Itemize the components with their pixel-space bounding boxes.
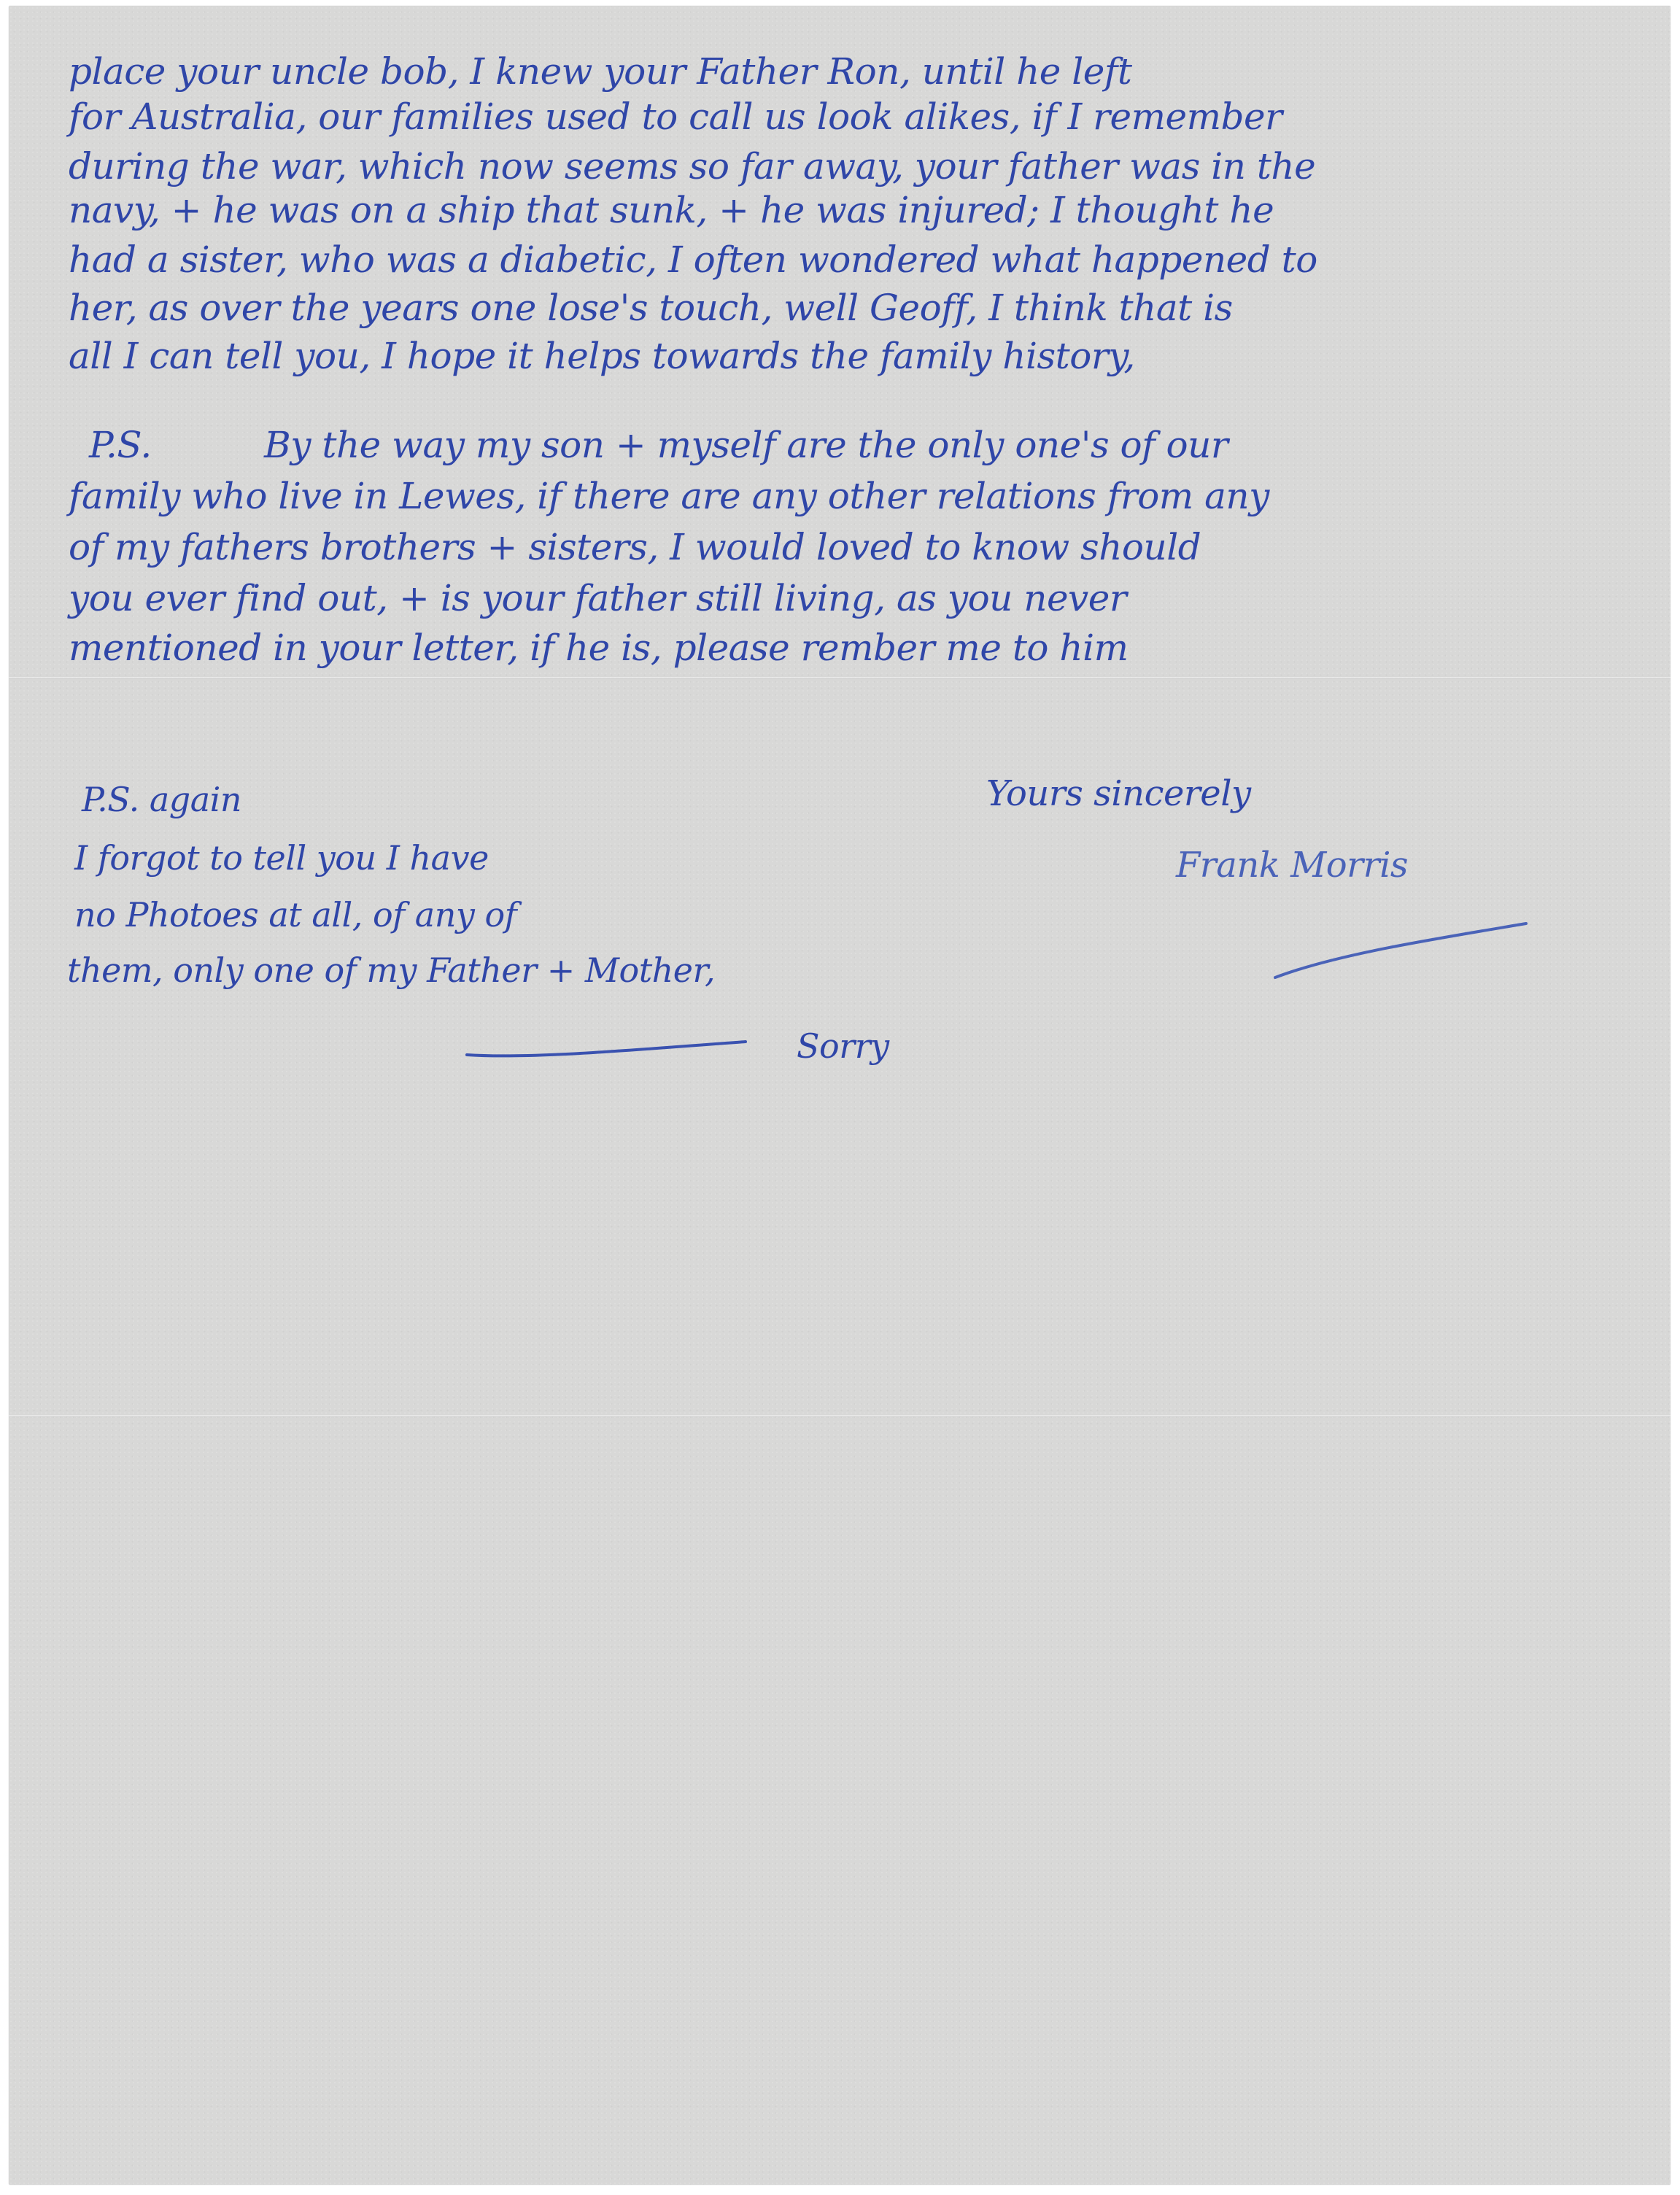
paper-fold-crease — [9, 677, 1671, 679]
paper-fold-crease — [9, 1415, 1671, 1417]
postscript-again-apology: Sorry — [797, 1026, 889, 1066]
postscript-line: By the way my son + myself are the only … — [264, 423, 1228, 467]
valediction: Yours sincerely — [986, 773, 1251, 814]
letter-page: place your uncle bob, I knew your Father… — [9, 6, 1671, 2185]
letter-body-line: during the war, which now seems so far a… — [69, 144, 1315, 188]
postscript-again-label: P.S. again — [82, 779, 241, 820]
postscript-line: you ever find out, + is your father stil… — [69, 576, 1126, 620]
letter-body-line: all I can tell you, I hope it helps towa… — [69, 334, 1135, 378]
letter-body-line: navy, + he was on a ship that sunk, + he… — [69, 188, 1274, 232]
signature: Frank Morris — [1176, 845, 1408, 886]
postscript-line: of my fathers brothers + sisters, I woul… — [69, 525, 1201, 569]
postscript-again-line: I forgot to tell you I have — [74, 837, 489, 878]
postscript-again-line: no Photoes at all, of any of — [74, 894, 516, 935]
postscript-label: P.S. — [89, 423, 152, 467]
postscript-again-line: them, only one of my Father + Mother, — [67, 950, 715, 991]
underline-flourish-icon — [461, 1034, 753, 1064]
letter-body-line: place your uncle bob, I knew your Father… — [69, 50, 1131, 93]
letter-body-line: her, as over the years one lose's touch,… — [69, 286, 1233, 330]
letter-body-line: had a sister, who was a diabetic, I ofte… — [69, 238, 1317, 282]
letter-body-line: for Australia, our families used to call… — [69, 95, 1282, 139]
signature-flourish-icon — [1271, 918, 1533, 983]
postscript-line: mentioned in your letter, if he is, plea… — [69, 626, 1129, 670]
postscript-line: family who live in Lewes, if there are a… — [69, 474, 1269, 518]
